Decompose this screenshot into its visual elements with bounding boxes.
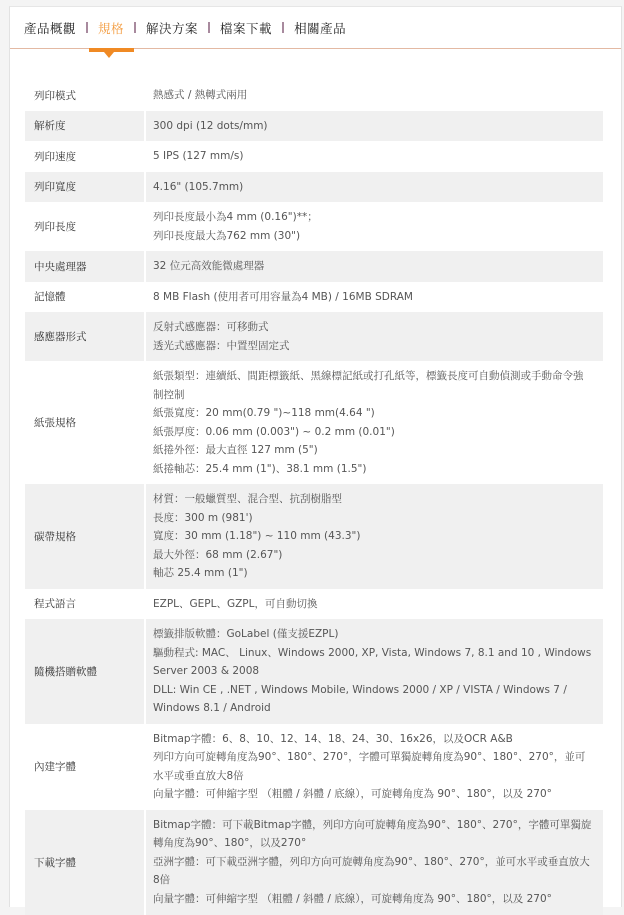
spec-value-line: 驅動程式: MAC、 Linux、Windows 2000, XP, Vista… [153,644,593,681]
spec-row: 紙張規格紙張類型：連續紙、間距標籤紙、黑線標記紙或打孔紙等，標籤長度可自動偵測或… [25,361,603,484]
spec-table: 列印模式熱感式 / 熱轉式兩用解析度300 dpi (12 dots/mm)列印… [25,80,603,891]
tab-separator [282,22,284,33]
spec-label: 程式語言 [25,589,145,620]
spec-row: 下載字體Bitmap字體：可下載Bitmap字體，列印方向可旋轉角度為90°、1… [25,810,603,892]
spec-value-line: Bitmap字體：6、8、10、12、14、18、24、30、16x26，以及O… [153,730,593,749]
spec-value-line: 向量字體：可伸縮字型 （粗體 / 斜體 / 底線），可旋轉角度為 90°、180… [153,785,593,804]
spec-value-line: 長度：300 m (981') [153,509,593,528]
spec-value-line: 5 IPS (127 mm/s) [153,147,593,166]
spec-value: 反射式感應器：可移動式透光式感應器：中置型固定式 [145,312,603,361]
tab-bar: 產品概觀 規格 解決方案 檔案下載 相關產品 [10,7,621,49]
spec-row: 列印速度5 IPS (127 mm/s) [25,141,603,172]
spec-value-line: 軸芯 25.4 mm (1") [153,564,593,583]
spec-label: 列印模式 [25,80,145,111]
tab-separator [134,22,136,33]
spec-label: 中央處理器 [25,251,145,282]
spec-label: 解析度 [25,111,145,142]
spec-row: 中央處理器32 位元高效能微處理器 [25,251,603,282]
tab-separator [208,22,210,33]
spec-row: 碳帶規格材質：一般蠟質型、混合型、抗刮樹脂型長度：300 m (981')寬度：… [25,484,603,589]
spec-value: Bitmap字體：6、8、10、12、14、18、24、30、16x26，以及O… [145,724,603,810]
product-page: 產品概觀 規格 解決方案 檔案下載 相關產品 列印模式熱感式 / 熱轉式兩用解析… [9,6,622,891]
spec-value-line: 寬度：30 mm (1.18") ~ 110 mm (43.3") [153,527,593,546]
spec-value: 32 位元高效能微處理器 [145,251,603,282]
spec-value-line: 材質：一般蠟質型、混合型、抗刮樹脂型 [153,490,593,509]
spec-row: 記憶體8 MB Flash (使用者可用容量為4 MB) / 16MB SDRA… [25,282,603,313]
spec-value-line: 8 MB Flash (使用者可用容量為4 MB) / 16MB SDRAM [153,288,593,307]
spec-row: 列印長度列印長度最小為4 mm (0.16")**；列印長度最大為762 mm … [25,202,603,251]
spec-value-line: 最大外徑：68 mm (2.67") [153,546,593,565]
spec-label: 內建字體 [25,724,145,810]
spec-value: 4.16" (105.7mm) [145,172,603,203]
spec-label: 下載字體 [25,810,145,892]
spec-value-line: 紙張類型：連續紙、間距標籤紙、黑線標記紙或打孔紙等，標籤長度可自動偵測或手動命令… [153,367,593,404]
spec-value: 標籤排版軟體：GoLabel (僅支援EZPL)驅動程式: MAC、 Linux… [145,619,603,724]
spec-row: 列印模式熱感式 / 熱轉式兩用 [25,80,603,111]
spec-label: 記憶體 [25,282,145,313]
spec-value-line: 300 dpi (12 dots/mm) [153,117,593,136]
spec-value: 熱感式 / 熱轉式兩用 [145,80,603,111]
spec-value-line: 紙捲外徑：最大直徑 127 mm (5") [153,441,593,460]
spec-row: 感應器形式反射式感應器：可移動式透光式感應器：中置型固定式 [25,312,603,361]
spec-value-line: 標籤排版軟體：GoLabel (僅支援EZPL) [153,625,593,644]
tab-related-products[interactable]: 相關產品 [288,19,352,37]
spec-value-line: 32 位元高效能微處理器 [153,257,593,276]
spec-value-line: DLL: Win CE , .NET , Windows Mobile, Win… [153,681,593,718]
spec-row: 隨機搭贈軟體標籤排版軟體：GoLabel (僅支援EZPL)驅動程式: MAC、… [25,619,603,724]
spec-value: 8 MB Flash (使用者可用容量為4 MB) / 16MB SDRAM [145,282,603,313]
spec-value-line: 熱感式 / 熱轉式兩用 [153,86,593,105]
spec-value: Bitmap字體：可下載Bitmap字體，列印方向可旋轉角度為90°、180°、… [145,810,603,892]
spec-value: EZPL、GEPL、GZPL，可自動切換 [145,589,603,620]
spec-value-line: 透光式感應器：中置型固定式 [153,337,593,356]
spec-row: 列印寬度4.16" (105.7mm) [25,172,603,203]
spec-value-line: 反射式感應器：可移動式 [153,318,593,337]
tab-downloads[interactable]: 檔案下載 [214,19,278,37]
spec-value-line: 亞洲字體：可下載亞洲字體，列印方向可旋轉角度為90°、180°、270°，並可水… [153,853,593,890]
spec-row: 內建字體Bitmap字體：6、8、10、12、14、18、24、30、16x26… [25,724,603,810]
spec-value: 300 dpi (12 dots/mm) [145,111,603,142]
tab-solutions[interactable]: 解決方案 [140,19,204,37]
spec-value-line: 列印方向可旋轉角度為90°、180°、270°，字體可單獨旋轉角度為90°、18… [153,748,593,785]
tab-separator [86,22,88,33]
spec-label: 列印長度 [25,202,145,251]
caret-down-icon [104,52,114,58]
spec-value-line: 列印長度最大為762 mm (30") [153,227,593,246]
spec-value-line: EZPL、GEPL、GZPL，可自動切換 [153,595,593,614]
tab-overview[interactable]: 產品概觀 [18,19,82,37]
spec-value-line: 紙捲軸芯：25.4 mm (1")、38.1 mm (1.5") [153,460,593,479]
spec-row: 解析度300 dpi (12 dots/mm) [25,111,603,142]
spec-table-body: 列印模式熱感式 / 熱轉式兩用解析度300 dpi (12 dots/mm)列印… [25,80,603,891]
spec-value: 紙張類型：連續紙、間距標籤紙、黑線標記紙或打孔紙等，標籤長度可自動偵測或手動命令… [145,361,603,484]
spec-label: 列印速度 [25,141,145,172]
spec-label: 列印寬度 [25,172,145,203]
spec-value-line: 紙張厚度：0.06 mm (0.003") ~ 0.2 mm (0.01") [153,423,593,442]
spec-label: 感應器形式 [25,312,145,361]
tab-specs[interactable]: 規格 [92,19,130,37]
spec-value: 列印長度最小為4 mm (0.16")**；列印長度最大為762 mm (30"… [145,202,603,251]
spec-label: 隨機搭贈軟體 [25,619,145,724]
spec-value: 5 IPS (127 mm/s) [145,141,603,172]
spec-value-line: 4.16" (105.7mm) [153,178,593,197]
spec-value: 材質：一般蠟質型、混合型、抗刮樹脂型長度：300 m (981')寬度：30 m… [145,484,603,589]
spec-label: 紙張規格 [25,361,145,484]
spec-row: 程式語言EZPL、GEPL、GZPL，可自動切換 [25,589,603,620]
spec-value-line: Bitmap字體：可下載Bitmap字體，列印方向可旋轉角度為90°、180°、… [153,816,593,853]
spec-value-line: 列印長度最小為4 mm (0.16")**； [153,208,593,227]
spec-value-line: 紙張寬度：20 mm(0.79 ")~118 mm(4.64 ") [153,404,593,423]
spec-label: 碳帶規格 [25,484,145,589]
